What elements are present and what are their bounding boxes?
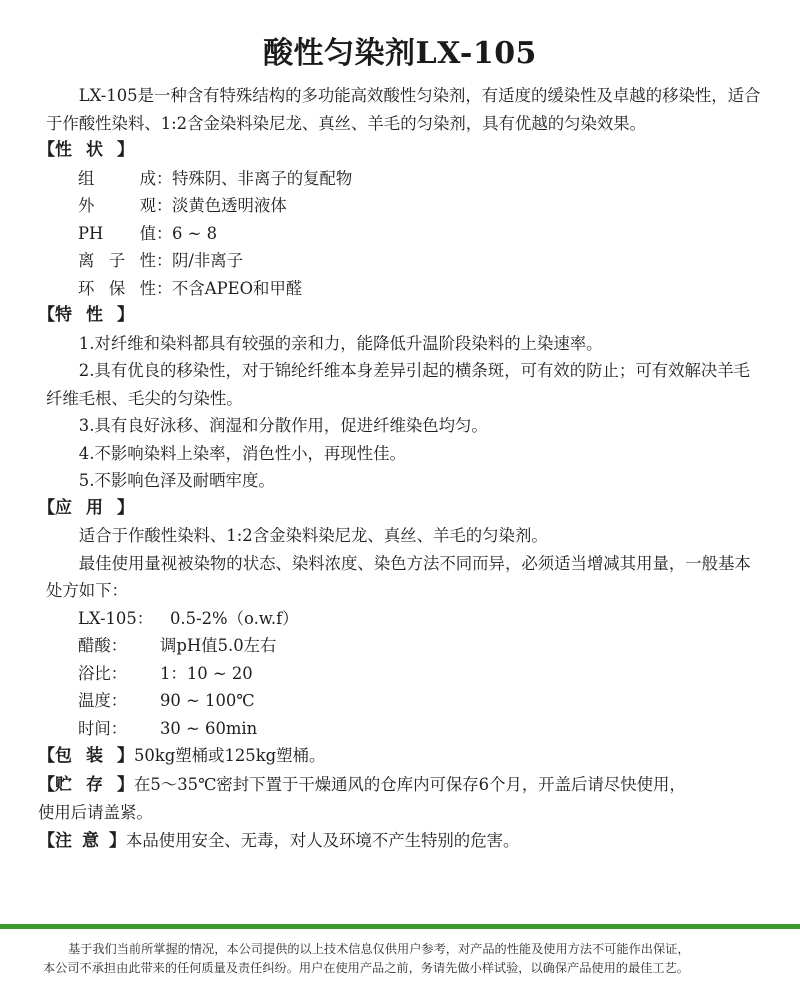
recipe-row: 时间：30 ~ 60min [46, 715, 766, 743]
recipe-label: LX-105： [78, 605, 158, 633]
property-value: 阴/非离子 [172, 247, 243, 275]
property-row: 环保性：不含APEO和甲醛 [46, 275, 766, 303]
recipe-value: 30 ~ 60min [158, 715, 257, 743]
recipe-value: 调pH值5.0左右 [158, 632, 276, 660]
property-value: 特殊阴、非离子的复配物 [172, 165, 352, 193]
section-heading-application: 【应用】 [38, 495, 766, 523]
application-paragraph: 最佳使用量视被染物的状态、染料浓度、染色方法不同而异，必须适当增减其用量，一般基… [46, 550, 766, 605]
section-heading-label: 应用 [55, 498, 117, 518]
recipe-value: 90 ~ 100℃ [158, 687, 255, 715]
recipe-row: 醋酸：调pH值5.0左右 [46, 632, 766, 660]
datasheet-body: LX-105是一种含有特殊结构的多功能高效酸性匀染剂，有适度的缓染性及卓越的移染… [46, 82, 766, 855]
feature-item: 4.不影响染料上染率，消色性小，再现性佳。 [46, 440, 766, 468]
recipe-label: 浴比： [78, 660, 158, 688]
property-label: PH 值 [78, 220, 156, 248]
section-notice: 【注意】本品使用安全、无毒，对人及环境不产生特别的危害。 [38, 827, 766, 856]
property-row: 组 成：特殊阴、非离子的复配物 [46, 165, 766, 193]
recipe-row: LX-105：0.5-2%（o.w.f） [46, 605, 766, 633]
storage-text: 在5～35℃密封下置于干燥通风的仓库内可保存6个月，开盖后请尽快使用， [134, 775, 686, 794]
section-heading-properties: 【性状】 [38, 137, 766, 165]
feature-item: 1.对纤维和染料都具有较强的亲和力，能降低升温阶段染料的上染速率。 [46, 330, 766, 358]
property-label: 环保性 [78, 275, 156, 303]
product-datasheet: 酸性匀染剂LX-105 LX-105是一种含有特殊结构的多功能高效酸性匀染剂，有… [0, 0, 800, 996]
section-heading-label: 贮存 [55, 775, 117, 795]
section-heading-label: 性状 [55, 140, 117, 160]
recipe-label: 醋酸： [78, 632, 158, 660]
application-paragraph: 适合于作酸性染料、1:2含金染料染尼龙、真丝、羊毛的匀染剂。 [46, 522, 766, 550]
notice-text: 本品使用安全、无毒，对人及环境不产生特别的危害。 [126, 831, 519, 850]
section-heading-features: 【特性】 [38, 302, 766, 330]
page-title: 酸性匀染剂LX-105 [0, 28, 800, 72]
disclaimer-line: 基于我们当前所掌握的情况，本公司提供的以上技术信息仅供用户参考，对产品的性能及使… [0, 940, 800, 959]
property-row: 外 观：淡黄色透明液体 [46, 192, 766, 220]
section-storage: 【贮存】在5～35℃密封下置于干燥通风的仓库内可保存6个月，开盖后请尽快使用， [38, 771, 766, 800]
packaging-text: 50kg塑桶或125kg塑桶。 [134, 746, 325, 765]
property-label: 外 观 [78, 192, 156, 220]
footer-divider [0, 924, 800, 929]
section-heading-label: 特性 [55, 305, 117, 325]
recipe-row: 浴比：1：10 ~ 20 [46, 660, 766, 688]
feature-item: 5.不影响色泽及耐晒牢度。 [46, 467, 766, 495]
section-heading-label: 注意 [55, 831, 109, 851]
disclaimer-line: 本公司不承担由此带来的任何质量及责任纠纷。用户在使用产品之前，务请先做小样试验，… [0, 959, 800, 978]
section-packaging: 【包装】50kg塑桶或125kg塑桶。 [38, 742, 766, 771]
recipe-row: 温度：90 ~ 100℃ [46, 687, 766, 715]
storage-text-continued: 使用后请盖紧。 [38, 799, 766, 827]
property-value: 淡黄色透明液体 [172, 192, 287, 220]
property-row: PH 值：6 ~ 8 [46, 220, 766, 248]
feature-item: 2.具有优良的移染性，对于锦纶纤维本身差异引起的横条斑，可有效的防止；可有效解决… [46, 357, 766, 412]
intro-paragraph: LX-105是一种含有特殊结构的多功能高效酸性匀染剂，有适度的缓染性及卓越的移染… [46, 82, 766, 137]
property-label: 组 成 [78, 165, 156, 193]
property-value: 6 ~ 8 [172, 220, 217, 248]
recipe-label: 温度： [78, 687, 158, 715]
property-row: 离子性：阴/非离子 [46, 247, 766, 275]
feature-item: 3.具有良好泳移、润湿和分散作用，促进纤维染色均匀。 [46, 412, 766, 440]
disclaimer: 基于我们当前所掌握的情况，本公司提供的以上技术信息仅供用户参考，对产品的性能及使… [0, 940, 800, 978]
recipe-value: 1：10 ~ 20 [158, 660, 253, 688]
recipe-value: 0.5-2%（o.w.f） [158, 605, 299, 633]
property-label: 离子性 [78, 247, 156, 275]
section-heading-label: 包装 [55, 746, 117, 766]
property-value: 不含APEO和甲醛 [172, 275, 302, 303]
recipe-label: 时间： [78, 715, 158, 743]
